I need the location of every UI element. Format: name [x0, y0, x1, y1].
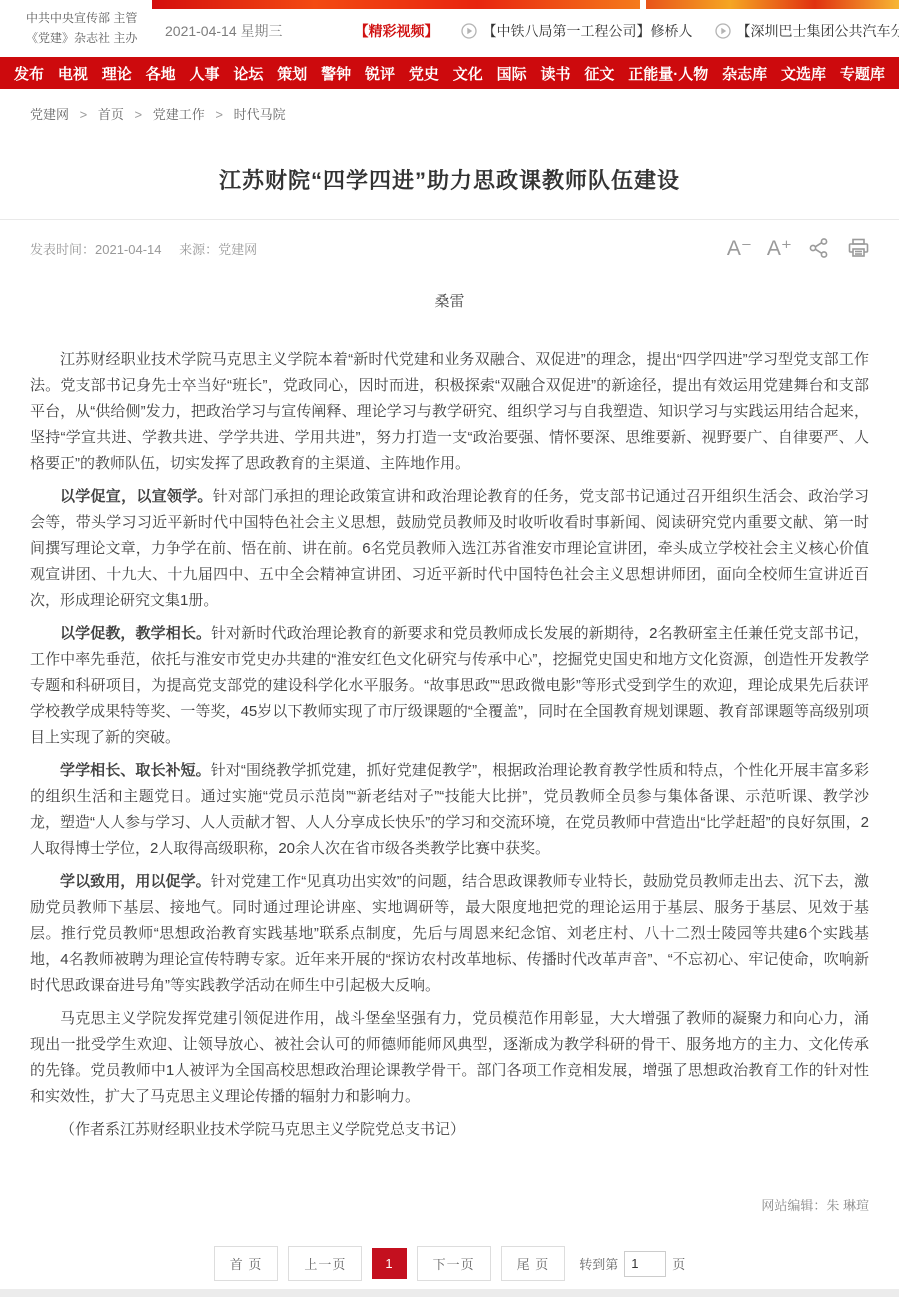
paragraph: 学以致用，用以促学。针对党建工作“见真功出实效”的问题，结合思政课教师专业特长，…	[30, 869, 869, 999]
paragraph-text: 针对党建工作“见真功出实效”的问题，结合思政课教师专业特长，鼓励党员教师走出去、…	[30, 873, 869, 994]
breadcrumb-separator: >	[215, 107, 223, 122]
page-root: 中共中央宣传部 主管 《党建》杂志社 主办 2021-04-14 星期三 【精彩…	[0, 0, 899, 1297]
meta-info: 发表时间：2021-04-14 来源：党建网	[30, 239, 257, 258]
nav-item-ruiping[interactable]: 锐评	[365, 63, 395, 84]
breadcrumb: 党建网 > 首页 > 党建工作 > 时代马院	[0, 89, 899, 136]
pagination-goto: 转到第 页	[579, 1251, 685, 1277]
paragraph: 以学促宣，以宣领学。针对部门承担的理论政策宣讲和政治理论教育的任务，党支部书记通…	[30, 484, 869, 614]
nav-item-zazhiku[interactable]: 杂志库	[722, 63, 767, 84]
sponsor-info: 中共中央宣传部 主管 《党建》杂志社 主办	[26, 9, 137, 49]
nav-item-gedi[interactable]: 各地	[146, 63, 176, 84]
nav-item-zhuantiku[interactable]: 专题库	[840, 63, 885, 84]
font-decrease-button[interactable]: A⁻	[727, 238, 752, 259]
nav-item-dianshi[interactable]: 电视	[58, 63, 88, 84]
paragraph-lead: 学以致用，用以促学。	[60, 873, 211, 890]
article-toolbar: A⁻ A⁺	[727, 236, 871, 260]
play-icon	[715, 23, 731, 39]
nav-item-luntan[interactable]: 论坛	[233, 63, 263, 84]
nav-item-cehua[interactable]: 策划	[277, 63, 307, 84]
paragraph-text: 马克思主义学院发挥党建引领促进作用，战斗堡垒坚强有力，党员模范作用彰显，大大增强…	[30, 1010, 869, 1105]
pagination-next-button[interactable]: 下一页	[417, 1246, 491, 1281]
paragraph-text: 江苏财经职业技术学院马克思主义学院本着“新时代党建和业务双融合、双促进”的理念，…	[30, 351, 869, 472]
nav-item-zhengwen[interactable]: 征文	[584, 63, 614, 84]
breadcrumb-current[interactable]: 时代马院	[234, 107, 286, 122]
print-icon[interactable]	[846, 236, 871, 260]
paragraph: 江苏财经职业技术学院马克思主义学院本着“新时代党建和业务双融合、双促进”的理念，…	[30, 347, 869, 477]
nav-item-dangshi[interactable]: 党史	[409, 63, 439, 84]
pagination-current-page[interactable]: 1	[372, 1248, 406, 1279]
breadcrumb-index[interactable]: 首页	[98, 107, 124, 122]
nav-item-dushu[interactable]: 读书	[541, 63, 571, 84]
meta-row: 发表时间：2021-04-14 来源：党建网 A⁻ A⁺	[0, 220, 899, 260]
article-body: 江苏财经职业技术学院马克思主义学院本着“新时代党建和业务双融合、双促进”的理念，…	[0, 347, 899, 1143]
paragraph: （作者系江苏财经职业技术学院马克思主义学院党总支书记）	[30, 1117, 869, 1143]
video-link-1[interactable]: 【中铁八局第一工程公司】修桥人	[461, 21, 693, 41]
nav-item-wenhua[interactable]: 文化	[453, 63, 483, 84]
main-nav: 发布 电视 理论 各地 人事 论坛 策划 警钟 锐评 党史 文化 国际 读书 征…	[0, 57, 899, 89]
pagination: 首 页 上一页 1 下一页 尾 页 转到第 页	[0, 1246, 899, 1281]
video-link-label: 【深圳巴士集团公共汽车分公司】电车工匠	[737, 21, 899, 41]
date-text: 2021-04-14 星期三	[165, 21, 283, 41]
publish-time: 发表时间：2021-04-14	[30, 242, 162, 257]
pagination-prev-button[interactable]: 上一页	[288, 1246, 362, 1281]
paragraph-text: 针对部门承担的理论政策宣讲和政治理论教育的任务，党支部书记通过召开组织生活会、政…	[30, 488, 869, 609]
article: 江苏财院“四学四进”助力思政课教师队伍建设 发表时间：2021-04-14 来源…	[0, 136, 899, 1281]
nav-item-renshi[interactable]: 人事	[190, 63, 220, 84]
paragraph: 学学相长、取长补短。针对“围绕教学抓党建，抓好党建促教学”，根据政治理论教育教学…	[30, 758, 869, 862]
breadcrumb-home[interactable]: 党建网	[30, 107, 69, 122]
paragraph-text: 针对新时代政治理论教育的新要求和党员教师成长发展的新期待，2名教研室主任兼任党支…	[30, 625, 869, 746]
footer-strip	[0, 1289, 899, 1297]
site-editor: 网站编辑：朱 琳瑄	[761, 1198, 869, 1213]
nav-item-fabu[interactable]: 发布	[14, 63, 44, 84]
site-header: 中共中央宣传部 主管 《党建》杂志社 主办 2021-04-14 星期三 【精彩…	[0, 0, 899, 57]
paragraph-lead: 学学相长、取长补短。	[60, 762, 211, 779]
paragraph-lead: 以学促宣，以宣领学。	[60, 488, 213, 505]
breadcrumb-separator: >	[80, 107, 88, 122]
top-ad-banner-right[interactable]	[646, 0, 899, 9]
breadcrumb-section[interactable]: 党建工作	[153, 107, 205, 122]
paragraph-lead: 以学促教，教学相长。	[60, 625, 211, 642]
breadcrumb-separator: >	[135, 107, 143, 122]
video-link-label: 【中铁八局第一工程公司】修桥人	[483, 21, 693, 41]
share-icon[interactable]	[807, 236, 831, 260]
nav-item-wenxuanku[interactable]: 文选库	[781, 63, 826, 84]
play-icon	[461, 23, 477, 39]
editor-row: 网站编辑：朱 琳瑄	[0, 1195, 899, 1214]
video-link-2[interactable]: 【深圳巴士集团公共汽车分公司】电车工匠	[715, 21, 899, 41]
nav-item-lilun[interactable]: 理论	[102, 63, 132, 84]
article-author: 桑雷	[0, 290, 899, 311]
top-ad-banner-left[interactable]	[152, 0, 640, 9]
goto-suffix-label: 页	[672, 1254, 685, 1273]
goto-prefix-label: 转到第	[579, 1254, 618, 1273]
paragraph-text: （作者系江苏财经职业技术学院马克思主义学院党总支书记）	[60, 1121, 465, 1138]
nav-item-guoji[interactable]: 国际	[497, 63, 527, 84]
goto-page-input[interactable]	[624, 1251, 666, 1277]
sponsor-line-2: 《党建》杂志社 主办	[26, 29, 137, 49]
font-increase-button[interactable]: A⁺	[767, 238, 792, 259]
page-title: 江苏财院“四学四进”助力思政课教师队伍建设	[40, 164, 859, 195]
nav-item-jingzhong[interactable]: 警钟	[321, 63, 351, 84]
source-label: 来源：党建网	[179, 242, 257, 257]
video-section-link[interactable]: 【精彩视频】	[355, 21, 439, 41]
nav-item-zhengnengliang-renwu[interactable]: 正能量·人物	[628, 63, 708, 84]
pagination-first-button[interactable]: 首 页	[214, 1246, 279, 1281]
sponsor-line-1: 中共中央宣传部 主管	[26, 9, 137, 29]
pagination-last-button[interactable]: 尾 页	[501, 1246, 566, 1281]
topbar-row: 2021-04-14 星期三 【精彩视频】 【中铁八局第一工程公司】修桥人 【深…	[165, 21, 899, 41]
paragraph: 马克思主义学院发挥党建引领促进作用，战斗堡垒坚强有力，党员模范作用彰显，大大增强…	[30, 1006, 869, 1110]
paragraph: 以学促教，教学相长。针对新时代政治理论教育的新要求和党员教师成长发展的新期待，2…	[30, 621, 869, 751]
